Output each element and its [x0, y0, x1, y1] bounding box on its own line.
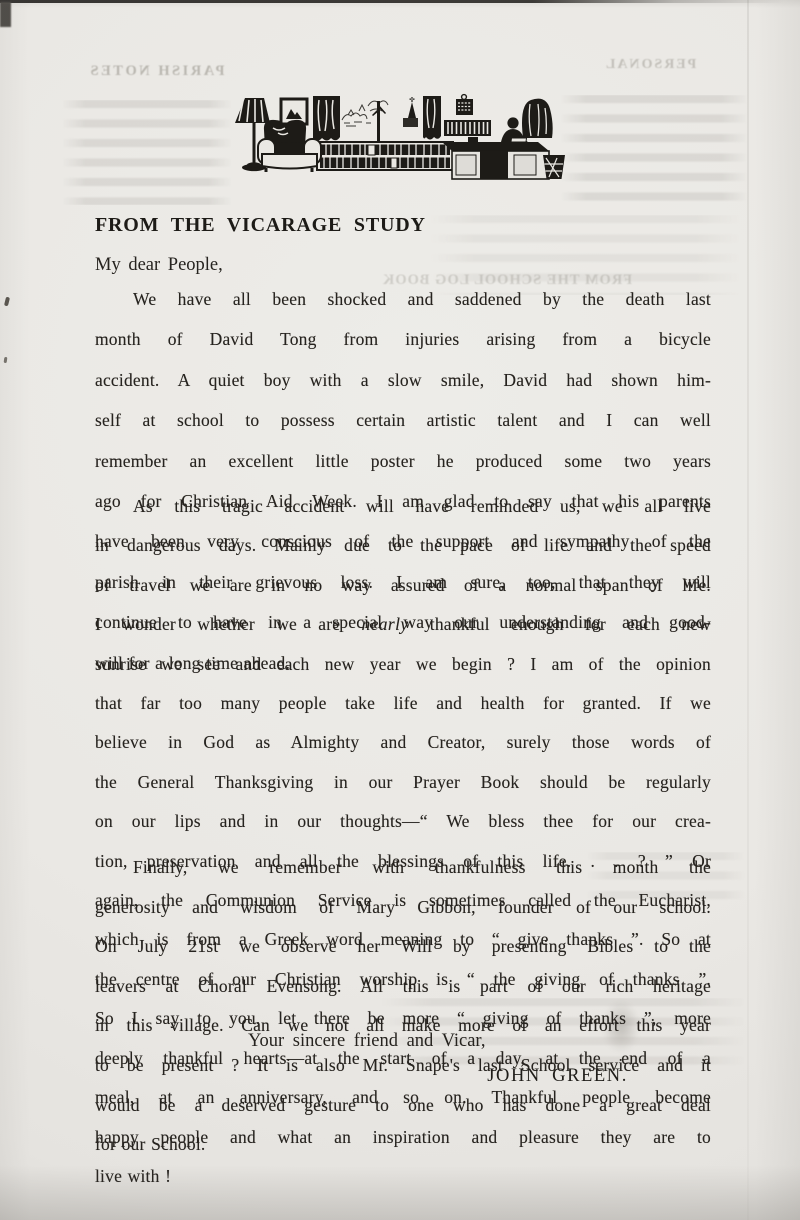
text-line: On July 21st we observe her Will by pres… — [95, 937, 711, 977]
text-line: sunrise we see and each new year we begi… — [95, 655, 711, 694]
bleed-through-textlines — [560, 95, 748, 207]
scanned-magazine-page: PARISH NOTES PERSONAL FROM THE SCHOOL LO… — [0, 0, 800, 1220]
text-line: of travel we are in no way assured of a … — [95, 576, 711, 615]
ink-speck — [4, 357, 8, 363]
bookshelf — [317, 142, 453, 170]
text-line: month of David Tong from injuries arisin… — [95, 329, 711, 369]
letter-paragraph: Finally, we remember with thankfulness t… — [95, 858, 711, 1155]
wastebasket-icon — [543, 155, 565, 179]
ink-speck — [4, 297, 10, 307]
text-line: We have all been shocked and saddened by… — [95, 289, 711, 329]
text-line: that far too many people take life and h… — [95, 694, 711, 733]
letter-closing: Your sincere friend and Vicar, — [248, 1031, 485, 1052]
text-line: would be a deserved gesture to one who h… — [95, 1096, 711, 1136]
text-line: generosity and wisdom of Mary Gibbon, fo… — [95, 898, 711, 938]
curtain-right-icon — [423, 96, 441, 140]
scan-edge-corner — [0, 2, 11, 27]
church-spire — [403, 97, 418, 127]
text-line: accident. A quiet boy with a slow smile,… — [95, 370, 711, 410]
letter-signature: JOHN GREEN. — [95, 1066, 711, 1087]
bleed-through-textlines — [62, 100, 232, 205]
text-line: Finally, we remember with thankfulness t… — [95, 858, 711, 898]
wing-chair — [522, 99, 553, 138]
garden-view — [342, 101, 388, 126]
text-line: live with ! — [95, 1167, 711, 1187]
armchair-icon — [258, 120, 321, 172]
bleed-through-heading-left: PARISH NOTES — [88, 63, 225, 80]
bleed-through-textlines — [430, 215, 740, 295]
text-line: As this tragic accident will have remind… — [95, 497, 711, 536]
page-title: FROM THE VICARAGE STUDY — [95, 214, 426, 237]
scan-edge-top — [0, 0, 784, 3]
text-line: believe in God as Almighty and Creator, … — [95, 733, 711, 772]
text-line: remember an excellent little poster he p… — [95, 451, 711, 491]
desk — [442, 137, 549, 179]
text-line: self at school to possess certain artist… — [95, 410, 711, 450]
calendar-icon — [456, 95, 473, 115]
text-line: leavers at Choral Evensong. All this is … — [95, 977, 711, 1017]
curtain-left-icon — [313, 96, 340, 141]
vicarage-study-illustration-icon — [218, 92, 566, 182]
tree-trunk — [372, 101, 386, 143]
letter-salutation: My dear People, — [95, 255, 223, 276]
text-line: on our lips and in our thoughts—“ We ble… — [95, 812, 711, 851]
bleed-through-heading-right: PERSONAL — [604, 57, 696, 73]
text-line: for our School. — [95, 1135, 711, 1155]
text-line: in dangerous days. Mainly due to the pac… — [95, 536, 711, 575]
text-line: the General Thanksgiving in our Prayer B… — [95, 773, 711, 812]
text-line: I wonder whether we are nearly thankful … — [95, 615, 711, 654]
wall-shelf — [444, 120, 491, 136]
